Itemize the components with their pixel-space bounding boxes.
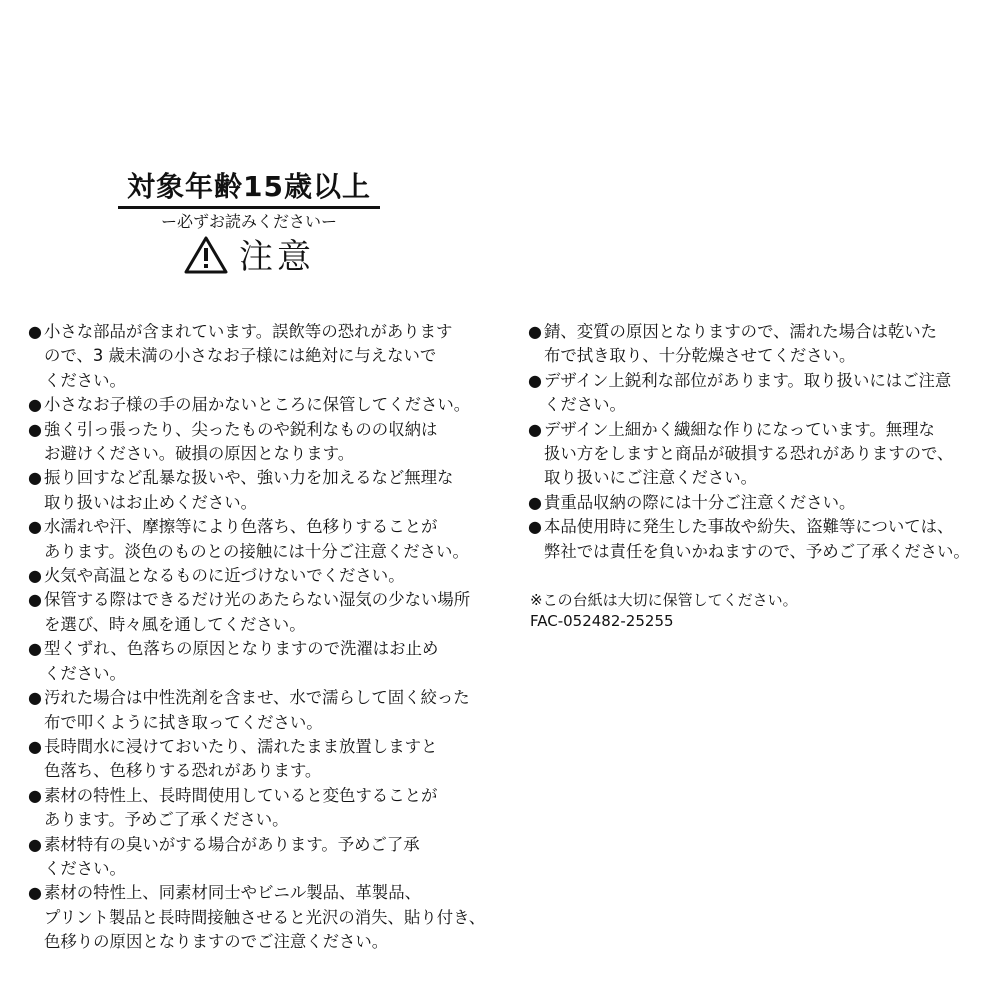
left-column-warnings: ●小さな部品が含まれています。誤飲等の恐れがあります ので、3 歳未満の小さなお… — [28, 320, 488, 955]
warning-text: 保管する際はできるだけ光のあたらない湿気の少ない場所 を選び、時々風を通してくだ… — [44, 588, 488, 637]
warning-item: ●素材特有の臭いがする場合があります。予めご了承 ください。 — [28, 833, 488, 882]
caution-heading: 注意 — [118, 235, 380, 279]
age-requirement-title: 対象年齢15歳以上 — [118, 170, 380, 204]
warning-text: 長時間水に浸けておいたり、濡れたまま放置しますと 色落ち、色移りする恐れがありま… — [44, 735, 488, 784]
warning-text: デザイン上鋭利な部位があります。取り扱いにはご注意 ください。 — [544, 369, 988, 418]
bullet-icon: ● — [28, 637, 44, 686]
warning-item: ●型くずれ、色落ちの原因となりますので洗濯はお止め ください。 — [28, 637, 488, 686]
warning-text: 素材の特性上、同素材同士やビニル製品、革製品、 プリント製品と長時間接触させると… — [44, 881, 488, 954]
warning-item: ●貴重品収納の際には十分ご注意ください。 — [528, 491, 988, 515]
warning-text: 振り回すなど乱暴な扱いや、強い力を加えるなど無理な 取り扱いはお止めください。 — [44, 466, 488, 515]
read-notice: ー必ずお読みくださいー — [118, 211, 380, 233]
bullet-icon: ● — [28, 393, 44, 417]
title-underline — [118, 206, 380, 209]
warning-text: 強く引っ張ったり、尖ったものや鋭利なものの収納は お避けください。破損の原因とな… — [44, 418, 488, 467]
warning-text: 小さな部品が含まれています。誤飲等の恐れがあります ので、3 歳未満の小さなお子… — [44, 320, 488, 393]
warning-item: ●水濡れや汗、摩擦等により色落ち、色移りすることが あります。淡色のものとの接触… — [28, 515, 488, 564]
warning-text: 本品使用時に発生した事故や紛失、盗難等については、 弊社では責任を負いかねますの… — [544, 515, 988, 564]
bullet-icon: ● — [528, 515, 544, 564]
warning-item: ●保管する際はできるだけ光のあたらない湿気の少ない場所 を選び、時々風を通してく… — [28, 588, 488, 637]
bullet-icon: ● — [28, 833, 44, 882]
keep-card-note: ※この台紙は大切に保管してください。 — [528, 590, 988, 611]
warning-text: 水濡れや汗、摩擦等により色落ち、色移りすることが あります。淡色のものとの接触に… — [44, 515, 488, 564]
warning-item: ●小さなお子様の手の届かないところに保管してください。 — [28, 393, 488, 417]
bullet-icon: ● — [28, 735, 44, 784]
warning-text: 小さなお子様の手の届かないところに保管してください。 — [44, 393, 488, 417]
bullet-icon: ● — [28, 515, 44, 564]
warning-text: 素材特有の臭いがする場合があります。予めご了承 ください。 — [44, 833, 488, 882]
product-code: FAC-052482-25255 — [528, 611, 988, 632]
bullet-icon: ● — [28, 881, 44, 954]
warning-item: ●汚れた場合は中性洗剤を含ませ、水で濡らして固く絞った 布で叩くように拭き取って… — [28, 686, 488, 735]
warning-text: 型くずれ、色落ちの原因となりますので洗濯はお止め ください。 — [44, 637, 488, 686]
bullet-icon: ● — [28, 686, 44, 735]
bullet-icon: ● — [28, 320, 44, 393]
bullet-icon: ● — [28, 784, 44, 833]
warning-header: 対象年齢15歳以上 ー必ずお読みくださいー 注意 — [118, 170, 380, 279]
warning-text: デザイン上細かく繊細な作りになっています。無理な 扱い方をしますと商品が破損する… — [544, 418, 988, 491]
warning-item: ●小さな部品が含まれています。誤飲等の恐れがあります ので、3 歳未満の小さなお… — [28, 320, 488, 393]
bullet-icon: ● — [528, 491, 544, 515]
bullet-icon: ● — [528, 369, 544, 418]
bullet-icon: ● — [528, 418, 544, 491]
right-column-warnings: ●錆、変質の原因となりますので、濡れた場合は乾いた 布で拭き取り、十分乾燥させて… — [528, 320, 988, 632]
warning-item: ●強く引っ張ったり、尖ったものや鋭利なものの収納は お避けください。破損の原因と… — [28, 418, 488, 467]
caution-label: 注意 — [239, 235, 315, 279]
bullet-icon: ● — [528, 320, 544, 369]
warning-item: ●デザイン上鋭利な部位があります。取り扱いにはご注意 ください。 — [528, 369, 988, 418]
warning-item: ●錆、変質の原因となりますので、濡れた場合は乾いた 布で拭き取り、十分乾燥させて… — [528, 320, 988, 369]
bullet-icon: ● — [28, 588, 44, 637]
warning-item: ●火気や高温となるものに近づけないでください。 — [28, 564, 488, 588]
warning-text: 火気や高温となるものに近づけないでください。 — [44, 564, 488, 588]
warning-item: ●本品使用時に発生した事故や紛失、盗難等については、 弊社では責任を負いかねます… — [528, 515, 988, 564]
warning-item: ●素材の特性上、同素材同士やビニル製品、革製品、 プリント製品と長時間接触させる… — [28, 881, 488, 954]
warning-text: 錆、変質の原因となりますので、濡れた場合は乾いた 布で拭き取り、十分乾燥させてく… — [544, 320, 988, 369]
warning-item: ●デザイン上細かく繊細な作りになっています。無理な 扱い方をしますと商品が破損す… — [528, 418, 988, 491]
warning-item: ●素材の特性上、長時間使用していると変色することが あります。予めご了承ください… — [28, 784, 488, 833]
warning-item: ●振り回すなど乱暴な扱いや、強い力を加えるなど無理な 取り扱いはお止めください。 — [28, 466, 488, 515]
warning-item: ●長時間水に浸けておいたり、濡れたまま放置しますと 色落ち、色移りする恐れがあり… — [28, 735, 488, 784]
warning-triangle-icon — [183, 235, 229, 279]
warning-text: 素材の特性上、長時間使用していると変色することが あります。予めご了承ください。 — [44, 784, 488, 833]
warning-text: 汚れた場合は中性洗剤を含ませ、水で濡らして固く絞った 布で叩くように拭き取ってく… — [44, 686, 488, 735]
bullet-icon: ● — [28, 564, 44, 588]
bullet-icon: ● — [28, 466, 44, 515]
bullet-icon: ● — [28, 418, 44, 467]
warning-text: 貴重品収納の際には十分ご注意ください。 — [544, 491, 988, 515]
